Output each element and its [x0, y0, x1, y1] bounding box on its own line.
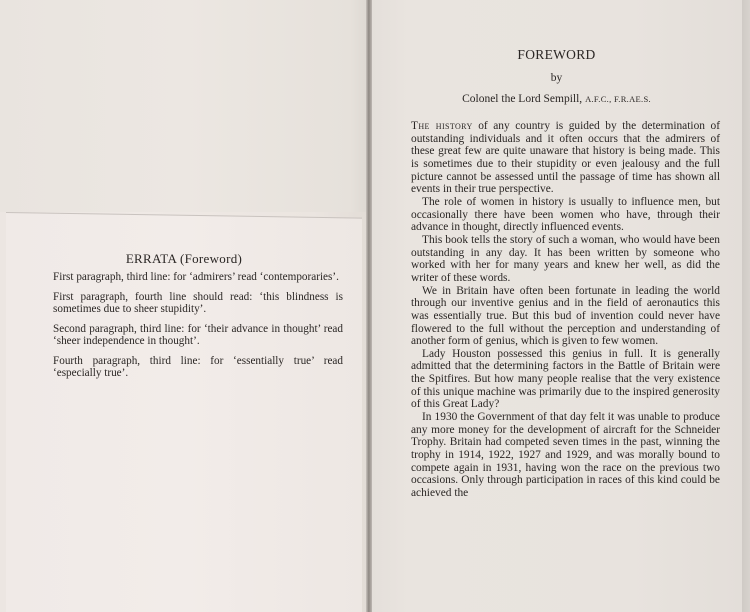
foreword-title: FOREWORD — [371, 47, 742, 63]
foreword-author: Colonel the Lord Sempill, A.F.C., F.R.AE… — [371, 93, 742, 105]
paragraph-3: This book tells the story of such a woma… — [411, 234, 720, 285]
paragraph-2: The role of women in history is usually … — [411, 196, 720, 234]
author-credentials: A.F.C., F.R.AE.S. — [585, 94, 651, 104]
page-edge — [742, 0, 750, 612]
paragraph-4: We in Britain have often been fortunate … — [411, 285, 720, 348]
foreword-byline: by — [371, 72, 742, 84]
foreword-body: The history of any country is guided by … — [411, 120, 720, 500]
errata-item: Fourth paragraph, third line: for ‘essen… — [53, 355, 343, 380]
errata-item: Second paragraph, third line: for ‘their… — [53, 323, 343, 348]
left-page-blank-area — [0, 0, 369, 212]
errata-list: First paragraph, third line: for ‘admire… — [53, 271, 343, 387]
paragraph-6: In 1930 the Government of that day felt … — [411, 411, 720, 500]
errata-title: ERRATA (Foreword) — [6, 251, 362, 267]
errata-slip: ERRATA (Foreword) First paragraph, third… — [6, 212, 362, 612]
left-page: ERRATA (Foreword) First paragraph, third… — [0, 0, 369, 612]
author-name: Colonel the Lord Sempill, — [462, 93, 582, 105]
errata-item: First paragraph, fourth line should read… — [53, 291, 343, 316]
errata-item: First paragraph, third line: for ‘admire… — [53, 271, 343, 284]
book-gutter — [366, 0, 372, 612]
book-spread: ERRATA (Foreword) First paragraph, third… — [0, 0, 750, 612]
drop-lead-words: The history — [411, 120, 473, 132]
paragraph-1: The history of any country is guided by … — [411, 120, 720, 196]
paragraph-5: Lady Houston possessed this genius in fu… — [411, 348, 720, 411]
